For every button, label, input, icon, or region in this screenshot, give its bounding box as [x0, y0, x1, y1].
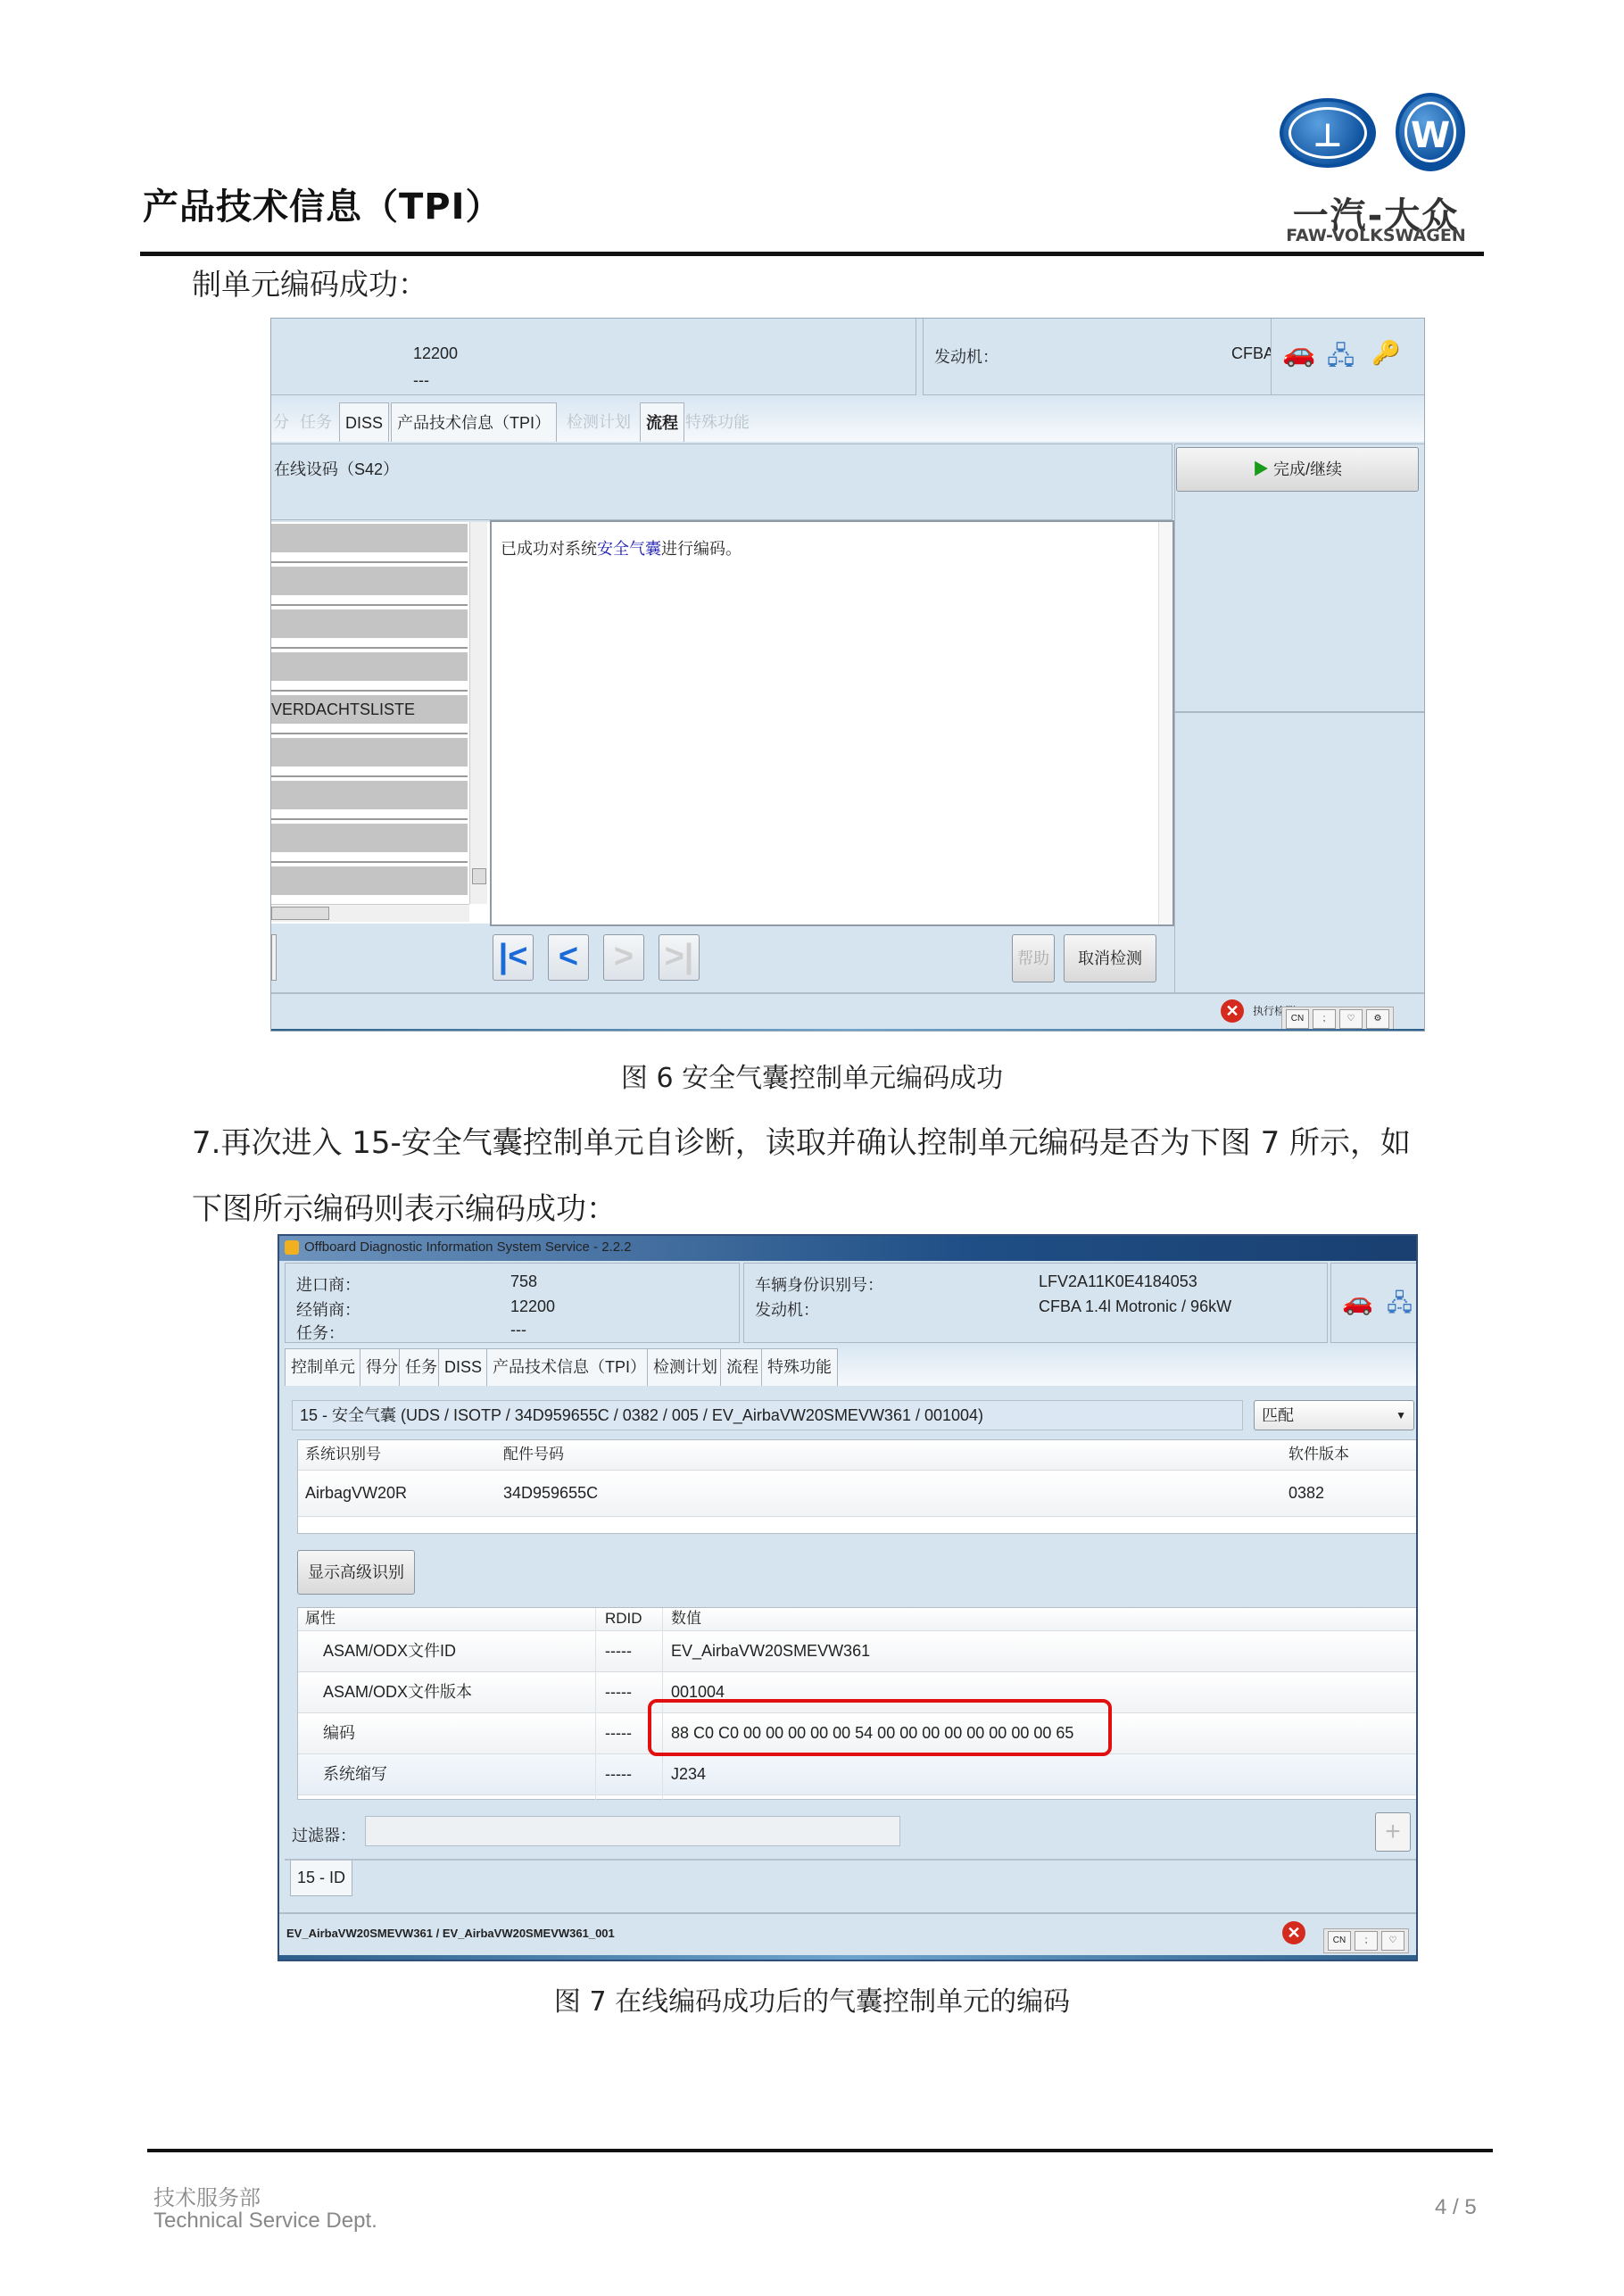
faw-vw-logo: ⊥ W 一汽-大众 FAW-VOLKSWAGEN — [1278, 89, 1474, 245]
status-bar: EV_AirbaVW20SMEVW361 / EV_AirbaVW20SMEVW… — [279, 1912, 1418, 1955]
table-row[interactable]: ASAM/ODX文件ID ----- EV_AirbaVW20SMEVW361 — [298, 1631, 1418, 1672]
chevron-down-icon: ▼ — [1396, 1401, 1406, 1430]
document-title: 产品技术信息（TPI） — [143, 178, 501, 229]
first-icon[interactable]: |< — [493, 934, 534, 981]
figure6-screenshot: 12200 --- 发动机： CFBA 1.4l Motronic / 96kW… — [270, 318, 1425, 1032]
step-header: 在线设码（S42） — [270, 443, 1172, 520]
message-box: 已成功对系统安全气囊进行编码。 — [490, 520, 1174, 926]
dealer-value: 12200 — [413, 344, 458, 363]
filter-label: 过滤器： — [292, 1823, 356, 1846]
step-title: 在线设码（S42） — [274, 457, 399, 480]
list-horizontal-scrollbar[interactable] — [271, 904, 469, 922]
cancel-test-button[interactable]: 取消检测 — [1064, 934, 1156, 982]
error-icon[interactable]: ✕ — [1221, 999, 1244, 1023]
footer-dept-cn: 技术服务部 — [153, 2180, 261, 2211]
table-row[interactable]: 系统缩写 ----- J234 — [298, 1754, 1418, 1795]
intro-line: 制单元编码成功： — [192, 261, 427, 303]
figure7-screenshot: Offboard Diagnostic Information System S… — [278, 1234, 1418, 1961]
task-label: 任务： — [296, 1321, 344, 1344]
vin-label: 车辆身份识别号： — [755, 1272, 883, 1296]
status-bar: ✕ 执行检测 CN ; ♡ ⚙ — [271, 992, 1425, 1032]
key-icon[interactable]: 🔑 — [1371, 339, 1400, 367]
tab-diss[interactable]: DISS — [339, 402, 389, 442]
play-icon: ▶ — [1253, 460, 1269, 478]
last-icon[interactable]: >| — [659, 934, 700, 981]
ime-cn-icon[interactable]: CN — [1328, 1931, 1351, 1951]
tab-score[interactable]: 分 — [270, 402, 294, 442]
footer-rule — [147, 2149, 1493, 2152]
heart-icon[interactable]: ♡ — [1381, 1931, 1404, 1951]
tab-tpi[interactable]: 产品技术信息（TPI） — [391, 402, 557, 442]
status-icons: 🚗 🖧 🔑 — [1271, 318, 1425, 395]
engine-label: 发动机： — [934, 344, 998, 368]
dealer-label: 经销商： — [296, 1297, 360, 1321]
status-text: EV_AirbaVW20SMEVW361 / EV_AirbaVW20SMEVW… — [286, 1927, 615, 1940]
vin-value: LFV2A11K0E4184053 — [1039, 1272, 1197, 1291]
continue-label: 完成/继续 — [1273, 460, 1342, 478]
vehicle-info-right: 车辆身份识别号： LFV2A11K0E4184053 发动机： CFBA 1.4… — [743, 1263, 1328, 1343]
tab-score[interactable]: 得分 — [360, 1348, 404, 1386]
success-message: 已成功对系统安全气囊进行编码。 — [501, 536, 742, 559]
tab-15-id[interactable]: 15 - ID — [290, 1861, 352, 1896]
message-scrollbar[interactable] — [1158, 522, 1172, 924]
system-tray: CN ; ♡ — [1323, 1928, 1409, 1953]
car-icon[interactable]: 🚗 — [1282, 337, 1315, 369]
figure6-caption: 图 6 安全气囊控制单元编码成功 — [0, 1056, 1624, 1095]
tab-bar: 控制单元 得分 任务 DISS 产品技术信息（TPI） 检测计划 流程 特殊功能 — [285, 1343, 1418, 1386]
filter-input[interactable] — [365, 1816, 900, 1846]
page-number: 4 / 5 — [1435, 2195, 1477, 2220]
tab-special-functions[interactable]: 特殊功能 — [680, 402, 755, 442]
forward-icon[interactable]: > — [603, 934, 644, 981]
engine-label: 发动机： — [755, 1297, 819, 1321]
step7-line1: 7.再次进入 15-安全气囊控制单元自诊断，读取并确认控制单元编码是否为下图 7… — [192, 1118, 1411, 1162]
engine-value: CFBA 1.4l Motronic / 96kW — [1039, 1297, 1231, 1316]
system-tray: CN ; ♡ ⚙ — [1281, 1007, 1394, 1032]
vehicle-info-left: 12200 --- — [270, 318, 916, 395]
network-icon[interactable]: 🖧 — [1387, 1287, 1413, 1326]
car-icon[interactable]: 🚗 — [1342, 1287, 1373, 1316]
punctuation-icon[interactable]: ; — [1313, 1009, 1336, 1029]
highlighted-system: 安全气囊 — [597, 540, 661, 558]
taskbar-edge — [279, 1955, 1418, 1961]
list-item-verdachtsliste[interactable]: VERDACHTSLISTE — [271, 695, 468, 724]
importer-label: 进口商： — [296, 1272, 360, 1296]
help-button[interactable]: 帮助 — [1012, 934, 1055, 982]
network-icon[interactable]: 🖧 — [1327, 337, 1355, 380]
step7-line2: 下图所示编码则表示编码成功： — [192, 1184, 617, 1228]
ecu-info-field: 15 - 安全气囊 (UDS / ISOTP / 34D959655C / 03… — [292, 1400, 1243, 1430]
heart-icon[interactable]: ♡ — [1339, 1009, 1363, 1029]
tab-special-functions[interactable]: 特殊功能 — [761, 1348, 838, 1386]
tab-bar: 分 任务 DISS 产品技术信息（TPI） 检测计划 流程 特殊功能 — [271, 395, 1425, 442]
mode-select[interactable]: 匹配▼ — [1254, 1400, 1414, 1430]
back-icon[interactable]: < — [548, 934, 589, 981]
task-value: --- — [413, 371, 429, 390]
step-list[interactable]: VERDACHTSLISTE — [271, 522, 490, 924]
tab-test-plan[interactable]: 检测计划 — [561, 402, 636, 442]
table-row[interactable]: AirbagVW20R 34D959655C 0382 — [298, 1471, 1418, 1517]
add-button[interactable]: + — [1375, 1812, 1411, 1852]
ime-cn-icon[interactable]: CN — [1286, 1009, 1309, 1029]
attribute-table-header: 属性 RDID 数值 — [298, 1608, 1418, 1631]
ident-table: 系统识别号 配件号码 软件版本 AirbagVW20R 34D959655C 0… — [297, 1439, 1418, 1534]
importer-value: 758 — [510, 1272, 537, 1291]
tab-tasks[interactable]: 任务 — [294, 402, 337, 442]
show-advanced-id-button[interactable]: 显示高级识别 — [297, 1550, 415, 1595]
taskbar-edge — [271, 1029, 1425, 1032]
title-bar: Offboard Diagnostic Information System S… — [279, 1236, 1418, 1261]
window-title: Offboard Diagnostic Information System S… — [304, 1239, 632, 1255]
punctuation-icon[interactable]: ; — [1355, 1931, 1378, 1951]
faw-logo-icon: ⊥ — [1280, 98, 1376, 168]
figure7-caption: 图 7 在线编码成功后的气囊控制单元的编码 — [0, 1979, 1624, 2018]
list-vertical-scrollbar[interactable] — [469, 522, 487, 904]
tab-process[interactable]: 流程 — [720, 1348, 765, 1386]
nav-buttons: |< < > >| — [493, 934, 760, 982]
tab-process[interactable]: 流程 — [640, 402, 684, 442]
dealer-value: 12200 — [510, 1297, 555, 1316]
error-icon[interactable]: ✕ — [1282, 1921, 1305, 1944]
action-panel-divider — [1174, 711, 1425, 713]
header-rule — [140, 252, 1484, 256]
vehicle-info-left: 进口商： 758 经销商： 12200 任务： --- — [285, 1263, 740, 1343]
attribute-table: 属性 RDID 数值 ASAM/ODX文件ID ----- EV_AirbaVW… — [297, 1607, 1418, 1800]
tab-tpi[interactable]: 产品技术信息（TPI） — [486, 1348, 652, 1386]
app-icon — [285, 1240, 299, 1255]
tab-control-units[interactable]: 控制单元 — [285, 1348, 361, 1386]
vw-logo-icon: W — [1396, 93, 1465, 171]
footer-dept-en: Technical Service Dept. — [153, 2209, 377, 2234]
task-value: --- — [510, 1321, 526, 1339]
coding-highlight-box — [648, 1699, 1112, 1756]
gear-icon[interactable]: ⚙ — [1366, 1009, 1389, 1029]
status-icons: 🚗 🖧 — [1330, 1263, 1418, 1343]
continue-button[interactable]: ▶ 完成/继续 — [1176, 447, 1419, 492]
action-panel — [1174, 443, 1425, 1028]
ident-table-header: 系统识别号 配件号码 软件版本 — [298, 1440, 1418, 1471]
tab-tasks[interactable]: 任务 — [399, 1348, 443, 1386]
tab-test-plan[interactable]: 检测计划 — [647, 1348, 724, 1386]
brand-en: FAW-VOLKSWAGEN — [1278, 226, 1474, 245]
tab-diss[interactable]: DISS — [438, 1348, 488, 1386]
